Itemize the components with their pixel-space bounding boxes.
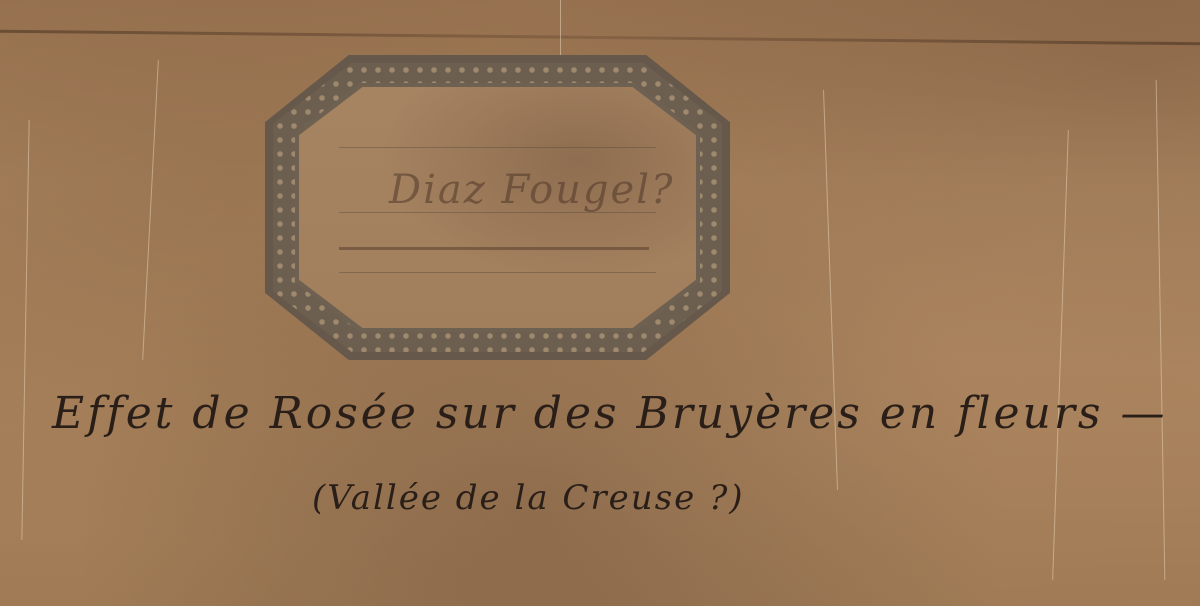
label-ruled-line: [339, 272, 656, 273]
label-underline-stroke: [339, 247, 649, 250]
label-handwritten-name: Diaz Fougel?: [389, 167, 674, 213]
inscription-line-1: Effet de Rosée sur des Bruyères en fleur…: [52, 388, 1168, 439]
octagonal-printed-label: Diaz Fougel?: [265, 55, 730, 360]
label-ruled-line: [339, 147, 656, 148]
label-writing-area: Diaz Fougel?: [299, 87, 696, 328]
inscription-line-2: (Vallée de la Creuse ?): [312, 478, 745, 518]
